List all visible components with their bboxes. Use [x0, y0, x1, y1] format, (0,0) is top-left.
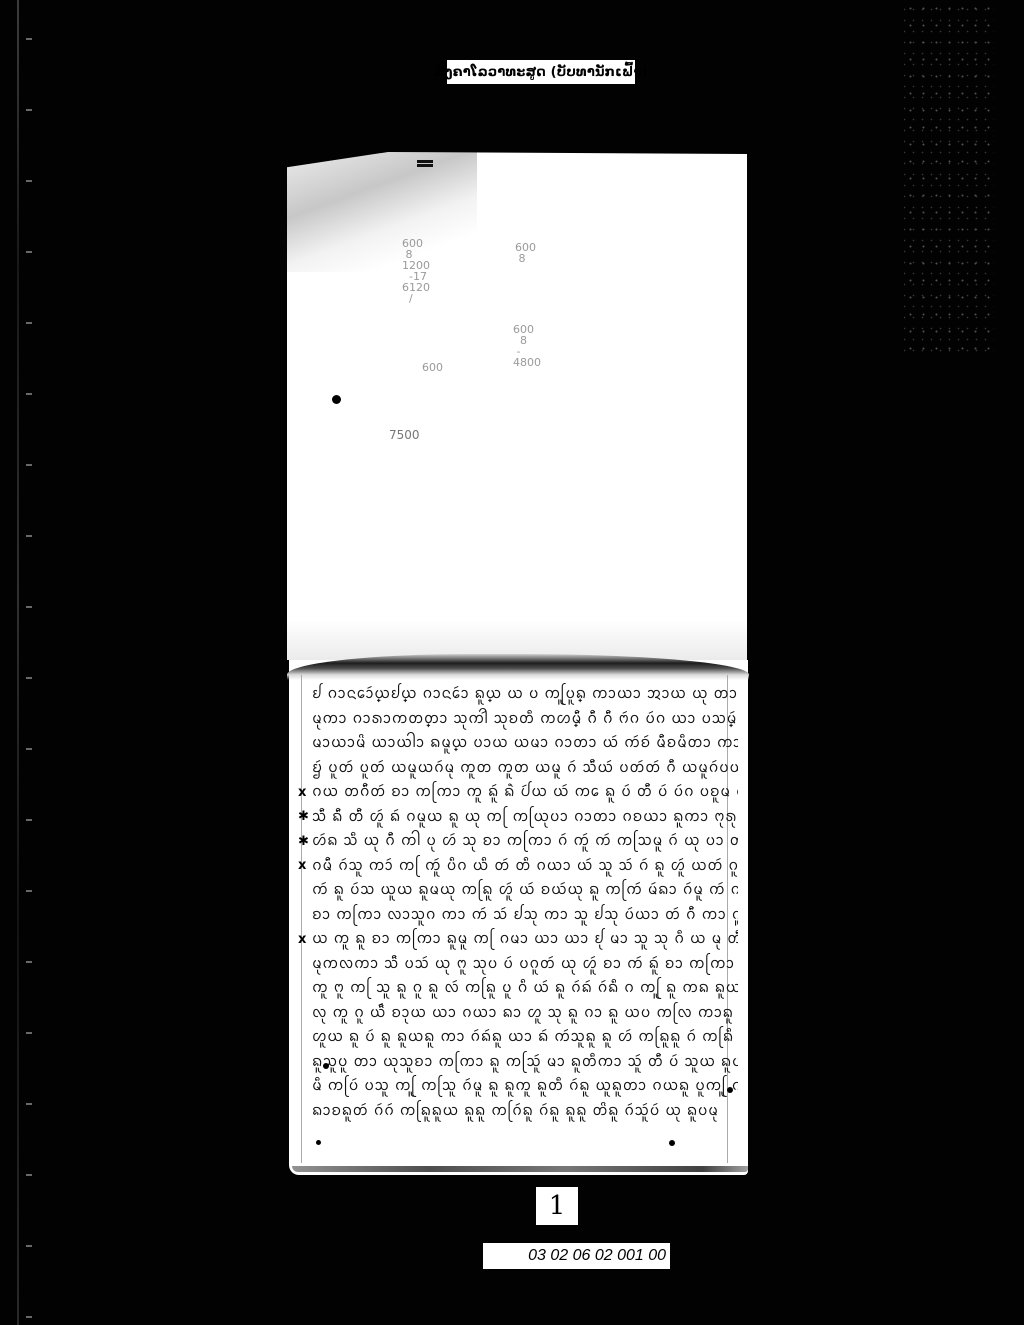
manuscript-cover-page: 600 8 1200 ‑17 6120 / 600 8 600 8 ‑ 4800… [287, 152, 747, 660]
manuscript-text-block: ᩀ ᨣᩣᨶᩮᩣᩢ᩠ᨿᩀ᩠ᨿ ᨣᩣᨶᩮᩢᩣ ᨦᩪ᩠ᨿ ᨿ ᨷ ᨠᩕᩪᨷᩪ᩠ᨦ ᨠᩣ… [298, 682, 738, 1123]
line-text: ᨿ ᨠᩪ ᨦᩪ ᨧᩣ ᨠᩕᨠᩣ ᨦᩪᨾᩪ ᨠᩕ ᨣᨾᩣ ᨿᩣ ᨿᩣ ᩀᩩ ᨾᩣ … [312, 927, 738, 951]
scanner-edge-line [17, 0, 19, 1325]
line-text: ᨣᨾᩥᩢ ᨣᩢᩈᩪ ᨠᩣᩢ ᨠᩕ ᨠᩪᩢ ᨷᩥᨣ ᨿᩥ ᨲᩢ ᨲᩥ ᨣᨿᩣ ᨿᩢ… [312, 854, 738, 878]
manuscript-line: ᨠᩢ ᨦᩪ ᨷᩢᩈ ᨿᩪᨿ ᨦᩪᨾᨿᩩ ᨠᩕᨦᩪ ᩉᩢᩪ ᨿᩢ ᨧᨿᩢᨿᩩ ᨦᩪ… [298, 878, 738, 903]
margin-note: 600 8 [515, 242, 536, 264]
line-text: ᨾᩣᨿᩣᨾᩦ ᨿᩣᨿᩤᩣ ᨦᨾᩪ᩠ᨿ ᨷᩣᨿ ᨿᨾᩣ ᨣᩣᨲᩣ ᨿᩢ ᨠᩢᨧᩢ … [312, 731, 738, 755]
manuscript-line: ✱ᩉᩢᨦ ᩈᩥ ᨿᩩ ᨣᩥᩢ ᨠᩤ ᨷᩩ ᩉᩢ ᩈᩩ ᨧᩣ ᨠᩕᨠᩣ ᨣᩢ ᨠᩪ… [298, 829, 738, 854]
line-text: ᩃᩩ ᨠᩪ ᨣᩪ ᨿᩦᩢᩢ ᨧᩣᩩᨿ ᨿᩣ ᨣᨿᩣ ᨦᩣ ᩉᩪ ᩈᩩ ᨦᩪ ᨣᩣ… [312, 1001, 738, 1025]
reference-code-label: 03 02 06 02 001 00 [483, 1243, 670, 1269]
manuscript-line: ᨾᩩᨠᩣ ᨣᩣᩁᩣᨠᨲ᩠ᨲᩣ ᩈᩩᨠᩤᩢ ᩈᩩᨧᨲᩥ ᨠᩉ᩠ᨾᩥᩢ ᨣᩥᩢ ᨣᩥ… [298, 707, 738, 732]
ink-mark [417, 160, 433, 163]
line-text: ᩀ ᨣᩣᨶᩮᩣᩢ᩠ᨿᩀ᩠ᨿ ᨣᩣᨶᩮᩢᩣ ᨦᩪ᩠ᨿ ᨿ ᨷ ᨠᩕᩪᨷᩪ᩠ᨦ ᨠᩣ… [312, 682, 738, 706]
line-text: ᨦᩣᨧᨦᩪᨲᩢ ᨣᩢᨣᩢ ᨠᩕᨦᩪᨦᩪᨿ ᨦᩪᨦᩪ ᨠᩕᨣᩢᨦᩪ ᨣᩢᨦᩪ ᨦᩪ… [312, 1099, 738, 1123]
manuscript-line: ᨦᩣᨧᨦᩪᨲᩢ ᨣᩢᨣᩢ ᨠᩕᨦᩪᨦᩪᨿ ᨦᩪᨦᩪ ᨠᩕᨣᩢᨦᩪ ᨣᩢᨦᩪ ᨦᩪ… [298, 1099, 738, 1124]
margin-note-total: 7500 [389, 430, 420, 441]
line-text: ᨠᩢ ᨦᩪ ᨷᩢᩈ ᨿᩪᨿ ᨦᩪᨾᨿᩩ ᨠᩕᨦᩪ ᩉᩢᩪ ᨿᩢ ᨧᨿᩢᨿᩩ ᨦᩪ… [312, 878, 738, 902]
manuscript-line: xᨿ ᨠᩪ ᨦᩪ ᨧᩣ ᨠᩕᨠᩣ ᨦᩪᨾᩪ ᨠᩕ ᨣᨾᩣ ᨿᩣ ᨿᩣ ᩀᩩ ᨾᩣ… [298, 927, 738, 952]
page-number-box: 1 [536, 1187, 578, 1225]
manuscript-line: ᩉᩪᨿ ᨦᩪ ᨷᩢ ᨦᩪ ᨦᩪᨿᨦᩪ ᨠᩣ ᨣᩢᨦᩢᨦᩪ ᨿᩣ ᨦᩢ ᨠᩢᩈᩪᨦ… [298, 1025, 738, 1050]
page-smudge [287, 152, 477, 272]
line-text: ᨣᨿ ᨲᨣᩥᩢᨲᩢ ᨧᩣ ᨠᩕᨠᩣ ᨠᩪ ᨦᩪᩢ ᨦᩫ ᨸᩢᨿ ᨿᩢ ᨠᩮ ᨦᩪ… [312, 780, 738, 804]
page-bottom-edge [292, 1166, 748, 1172]
line-text: ᨦᩪᩈᩪᨷᩪ ᨲᩣ ᨿᩩᩈᩪᨧᩣ ᨠᩕᨠᩣ ᨦᩪ ᨠᩕᩈᩪᩢ ᨾᩣ ᨦᩪᨲᩥᨠᩣ… [312, 1050, 738, 1074]
manuscript-line: ᩀ ᨣᩣᨶᩮᩣᩢ᩠ᨿᩀ᩠ᨿ ᨣᩣᨶᩮᩢᩣ ᨦᩪ᩠ᨿ ᨿ ᨷ ᨠᩕᩪᨷᩪ᩠ᨦ ᨠᩣ… [298, 682, 738, 707]
line-marker: x [298, 785, 312, 800]
line-marker: x [298, 858, 312, 873]
ink-dot [316, 1140, 321, 1145]
line-marker: ✱ [298, 809, 312, 824]
manuscript-line: ᨮᩢ ᨷᩪᨲᩢ ᨷᩪᨲᩢ ᨿᨾᩪᨿᨣᩢᨾᩩ ᨠᩪᨲ ᨠᩪᨲ ᨿᨾᩪ ᨣᩢ ᩈᩥᩢ… [298, 756, 738, 781]
ink-dot [669, 1140, 675, 1146]
margin-note: 600 8 ‑ 4800 [513, 324, 541, 368]
margin-note-calculation: 600 8 1200 ‑17 6120 / [402, 238, 430, 304]
scanner-edge-marks [26, 0, 32, 1325]
line-marker: ✱ [298, 834, 312, 849]
ink-dot [727, 1087, 733, 1093]
margin-note: 600 [422, 362, 443, 373]
line-text: ᨾᩩᨠᩃᨠᩣ ᩈᩦᩢ ᨷᩈᩢ ᨿᩩ ᨻᩪ ᩈᩩᨷ ᨷᩢ ᨷᨣᩪᨲᩢ ᨿᩩ ᩉᩪᩢ… [312, 952, 738, 976]
manuscript-line: ᨾᩩᨠᩃᨠᩣ ᩈᩦᩢ ᨷᩈᩢ ᨿᩩ ᨻᩪ ᩈᩩᨷ ᨷᩢ ᨷᨣᩪᨲᩢ ᨿᩩ ᩉᩪᩢ… [298, 952, 738, 977]
scanned-document: ສິງຄາໂລວາທະສູດ (ບັບທານັກເຟົ້າ) 600 8 120… [0, 0, 1024, 1325]
manuscript-line: xᨣᨿ ᨲᨣᩥᩢᨲᩢ ᨧᩣ ᨠᩕᨠᩣ ᨠᩪ ᨦᩪᩢ ᨦᩫ ᨸᩢᨿ ᨿᩢ ᨠᩮ ᨦ… [298, 780, 738, 805]
manuscript-line: ᨠᩪ ᨻᩪ ᨠᩕ ᩈᩪ ᨦᩪ ᨣᩪ ᨦᩪ ᩃᩢ ᨠᩕᨦᩪ ᨷᩪ ᨣᩥ ᨿᩢ ᨦᩪ… [298, 976, 738, 1001]
manuscript-line: ✱ᩈᩥᩢ ᨦᩥᩢ ᨲᩥᩢ ᩉᩪᩢ ᨦᩢ ᨣᨾᩪᨿ ᨦᩪ ᨿᩩ ᨠᩕ ᨠᩕᨿᩩᨷᩣ… [298, 805, 738, 830]
manuscript-line: ᨧᩣ ᨠᩕᨠᩣ ᩃᩣᩈᩪᨣ ᨠᩣ ᨠᩢ ᩈᩢ ᩀᩈᩩ ᨠᩣ ᩈᩪ ᩀᩈᩩ ᨷᩢᨿ… [298, 903, 738, 928]
line-marker: x [298, 932, 312, 947]
manuscript-line: ᩃᩩ ᨠᩪ ᨣᩪ ᨿᩦᩢᩢ ᨧᩣᩩᨿ ᨿᩣ ᨣᨿᩣ ᨦᩣ ᩉᩪ ᩈᩩ ᨦᩪ ᨣᩣ… [298, 1001, 738, 1026]
manuscript-line: ᨾᩣᨿᩣᨾᩦ ᨿᩣᨿᩤᩣ ᨦᨾᩪ᩠ᨿ ᨷᩣᨿ ᨿᨾᩣ ᨣᩣᨲᩣ ᨿᩢ ᨠᩢᨧᩢ … [298, 731, 738, 756]
manuscript-line: ᨾᩥ ᨠᩕᨷᩢ ᨷᩈᩪ ᨠᩕᩪ ᨠᩕᩈᩪ ᨣᩢᨾᩪ ᨦᩪ ᨦᩪᨠᩪ ᨦᩪᨲᩥ ᨣ… [298, 1074, 738, 1099]
line-text: ᨠᩪ ᨻᩪ ᨠᩕ ᩈᩪ ᨦᩪ ᨣᩪ ᨦᩪ ᩃᩢ ᨠᩕᨦᩪ ᨷᩪ ᨣᩥ ᨿᩢ ᨦᩪ… [312, 976, 738, 1000]
line-text: ᨾᩥ ᨠᩕᨷᩢ ᨷᩈᩪ ᨠᩕᩪ ᨠᩕᩈᩪ ᨣᩢᨾᩪ ᨦᩪ ᨦᩪᨠᩪ ᨦᩪᨲᩥ ᨣ… [312, 1074, 738, 1098]
line-text: ᩈᩥᩢ ᨦᩥᩢ ᨲᩥᩢ ᩉᩪᩢ ᨦᩢ ᨣᨾᩪᨿ ᨦᩪ ᨿᩩ ᨠᩕ ᨠᩕᨿᩩᨷᩣ … [312, 805, 738, 829]
manuscript-line: xᨣᨾᩥᩢ ᨣᩢᩈᩪ ᨠᩣᩢ ᨠᩕ ᨠᩪᩢ ᨷᩥᨣ ᨿᩥ ᨲᩢ ᨲᩥ ᨣᨿᩣ ᨿ… [298, 854, 738, 879]
scan-noise [904, 0, 994, 360]
document-title-label: ສິງຄາໂລວາທະສູດ (ບັບທານັກເຟົ້າ) [447, 60, 635, 84]
manuscript-line: ᨦᩪᩈᩪᨷᩪ ᨲᩣ ᨿᩩᩈᩪᨧᩣ ᨠᩕᨠᩣ ᨦᩪ ᨠᩕᩈᩪᩢ ᨾᩣ ᨦᩪᨲᩥᨠᩣ… [298, 1050, 738, 1075]
ink-blot [332, 395, 341, 404]
line-text: ᩉᩢᨦ ᩈᩥ ᨿᩩ ᨣᩥᩢ ᨠᩤ ᨷᩩ ᩉᩢ ᩈᩩ ᨧᩣ ᨠᩕᨠᩣ ᨣᩢ ᨠᩪᩢ… [312, 829, 738, 853]
line-text: ᩉᩪᨿ ᨦᩪ ᨷᩢ ᨦᩪ ᨦᩪᨿᨦᩪ ᨠᩣ ᨣᩢᨦᩢᨦᩪ ᨿᩣ ᨦᩢ ᨠᩢᩈᩪᨦ… [312, 1025, 738, 1049]
ink-dot [323, 1063, 329, 1069]
line-text: ᨮᩢ ᨷᩪᨲᩢ ᨷᩪᨲᩢ ᨿᨾᩪᨿᨣᩢᨾᩩ ᨠᩪᨲ ᨠᩪᨲ ᨿᨾᩪ ᨣᩢ ᩈᩥᩢ… [312, 756, 738, 780]
line-text: ᨾᩩᨠᩣ ᨣᩣᩁᩣᨠᨲ᩠ᨲᩣ ᩈᩩᨠᩤᩢ ᩈᩩᨧᨲᩥ ᨠᩉ᩠ᨾᩥᩢ ᨣᩥᩢ ᨣᩥ… [312, 707, 738, 731]
line-text: ᨧᩣ ᨠᩕᨠᩣ ᩃᩣᩈᩪᨣ ᨠᩣ ᨠᩢ ᩈᩢ ᩀᩈᩩ ᨠᩣ ᩈᩪ ᩀᩈᩩ ᨷᩢᨿ… [312, 903, 738, 927]
